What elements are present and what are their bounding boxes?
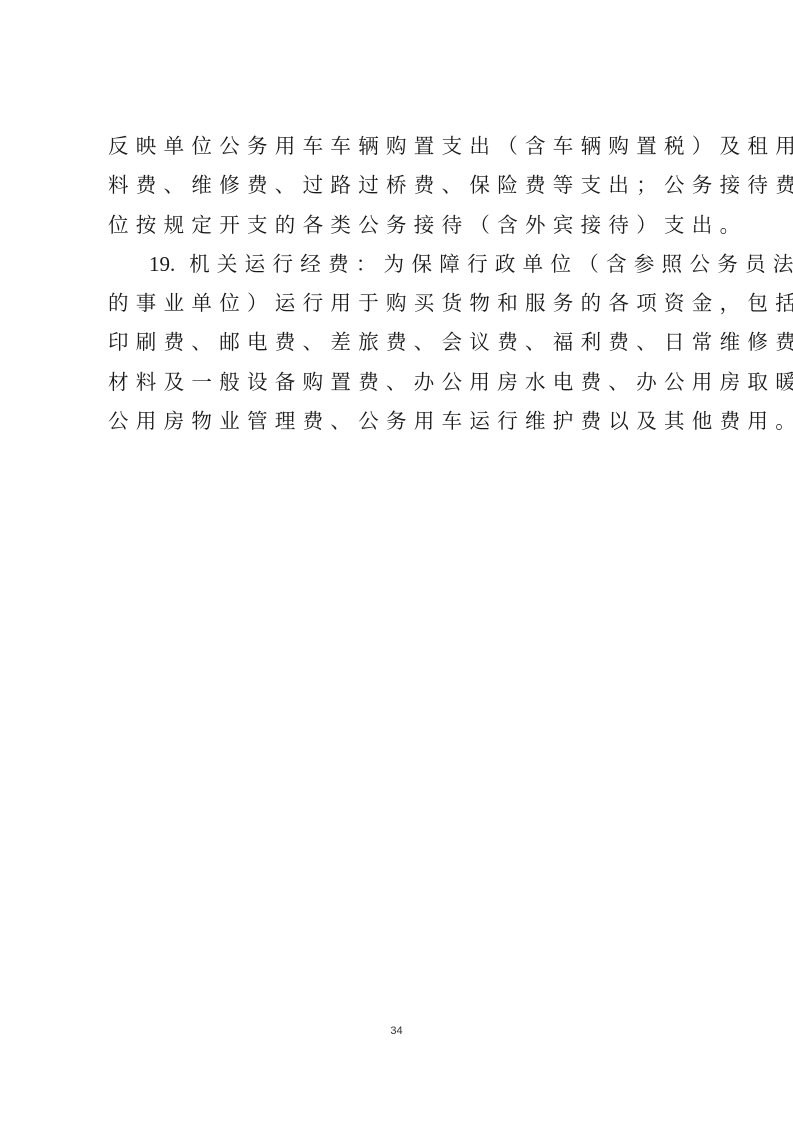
item-19-heading-text: 机关运行经费：为保障行政单位（含参照公务员法管理 [175,252,793,276]
paragraph-line: 印刷费、邮电费、差旅费、会议费、福利费、日常维修费、专用 [108,323,700,362]
document-page: 反映单位公务用车车辆购置支出（含车辆购置税）及租用费、燃 料费、维修费、过路过桥… [0,0,793,1122]
paragraph-line: 公用房物业管理费、公务用车运行维护费以及其他费用。 [108,402,700,441]
paragraph-line: 位按规定开支的各类公务接待（含外宾接待）支出。 [108,206,700,245]
paragraph-line: 反映单位公务用车车辆购置支出（含车辆购置税）及租用费、燃 [108,127,700,166]
paragraph-line: 的事业单位）运行用于购买货物和服务的各项资金，包括办公及 [108,284,700,323]
paragraph-line: 料费、维修费、过路过桥费、保险费等支出；公务接待费反映单 [108,166,700,205]
page-number: 34 [0,1025,793,1037]
item-number: 19. [149,252,175,276]
paragraph-line: 材料及一般设备购置费、办公用房水电费、办公用房取暖费、办 [108,363,700,402]
body-text: 反映单位公务用车车辆购置支出（含车辆购置税）及租用费、燃 料费、维修费、过路过桥… [108,127,700,441]
item-19-first-line: 19. 机关运行经费：为保障行政单位（含参照公务员法管理 [108,245,700,284]
